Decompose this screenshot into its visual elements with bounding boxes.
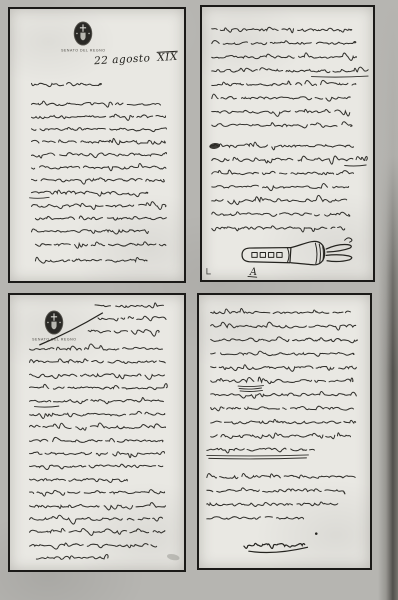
underline-stroke [345, 165, 366, 166]
underline-stroke [311, 76, 368, 77]
letter-page-top-right: A [200, 5, 375, 282]
underline-stroke [30, 197, 50, 198]
handwriting-layer: A [202, 7, 373, 280]
underline-stroke [239, 388, 261, 389]
handwriting-layer [10, 9, 184, 281]
handwriting-lines-group [30, 303, 168, 559]
ink-blot [209, 142, 220, 149]
handwriting-lines-group [207, 309, 357, 520]
handwriting-lines-group [30, 82, 167, 263]
underline-stroke [238, 386, 263, 387]
underline-stroke [240, 390, 262, 391]
signature [244, 543, 308, 552]
scan-edge-shadow [378, 0, 398, 600]
ink-dot [315, 532, 318, 535]
smudge-mark [166, 553, 180, 561]
underline-stroke [34, 406, 58, 407]
handwriting-lines-group [210, 27, 368, 232]
letter-page-bottom-left: SENATO DEL REGNO [8, 293, 186, 572]
underline-stroke [209, 458, 307, 459]
bomb-sketch: A [242, 238, 352, 278]
handwriting-layer [10, 295, 184, 570]
underline-stroke [207, 455, 309, 456]
scanned-document: SENATO DEL REGNO 22 agosto XIX A SENATO … [0, 0, 398, 600]
letter-page-bottom-right [197, 293, 372, 570]
pen-stroke [39, 313, 103, 345]
handwriting-layer [199, 295, 370, 568]
corner-mark [207, 268, 211, 274]
letter-page-top-left: SENATO DEL REGNO 22 agosto XIX [8, 7, 186, 283]
